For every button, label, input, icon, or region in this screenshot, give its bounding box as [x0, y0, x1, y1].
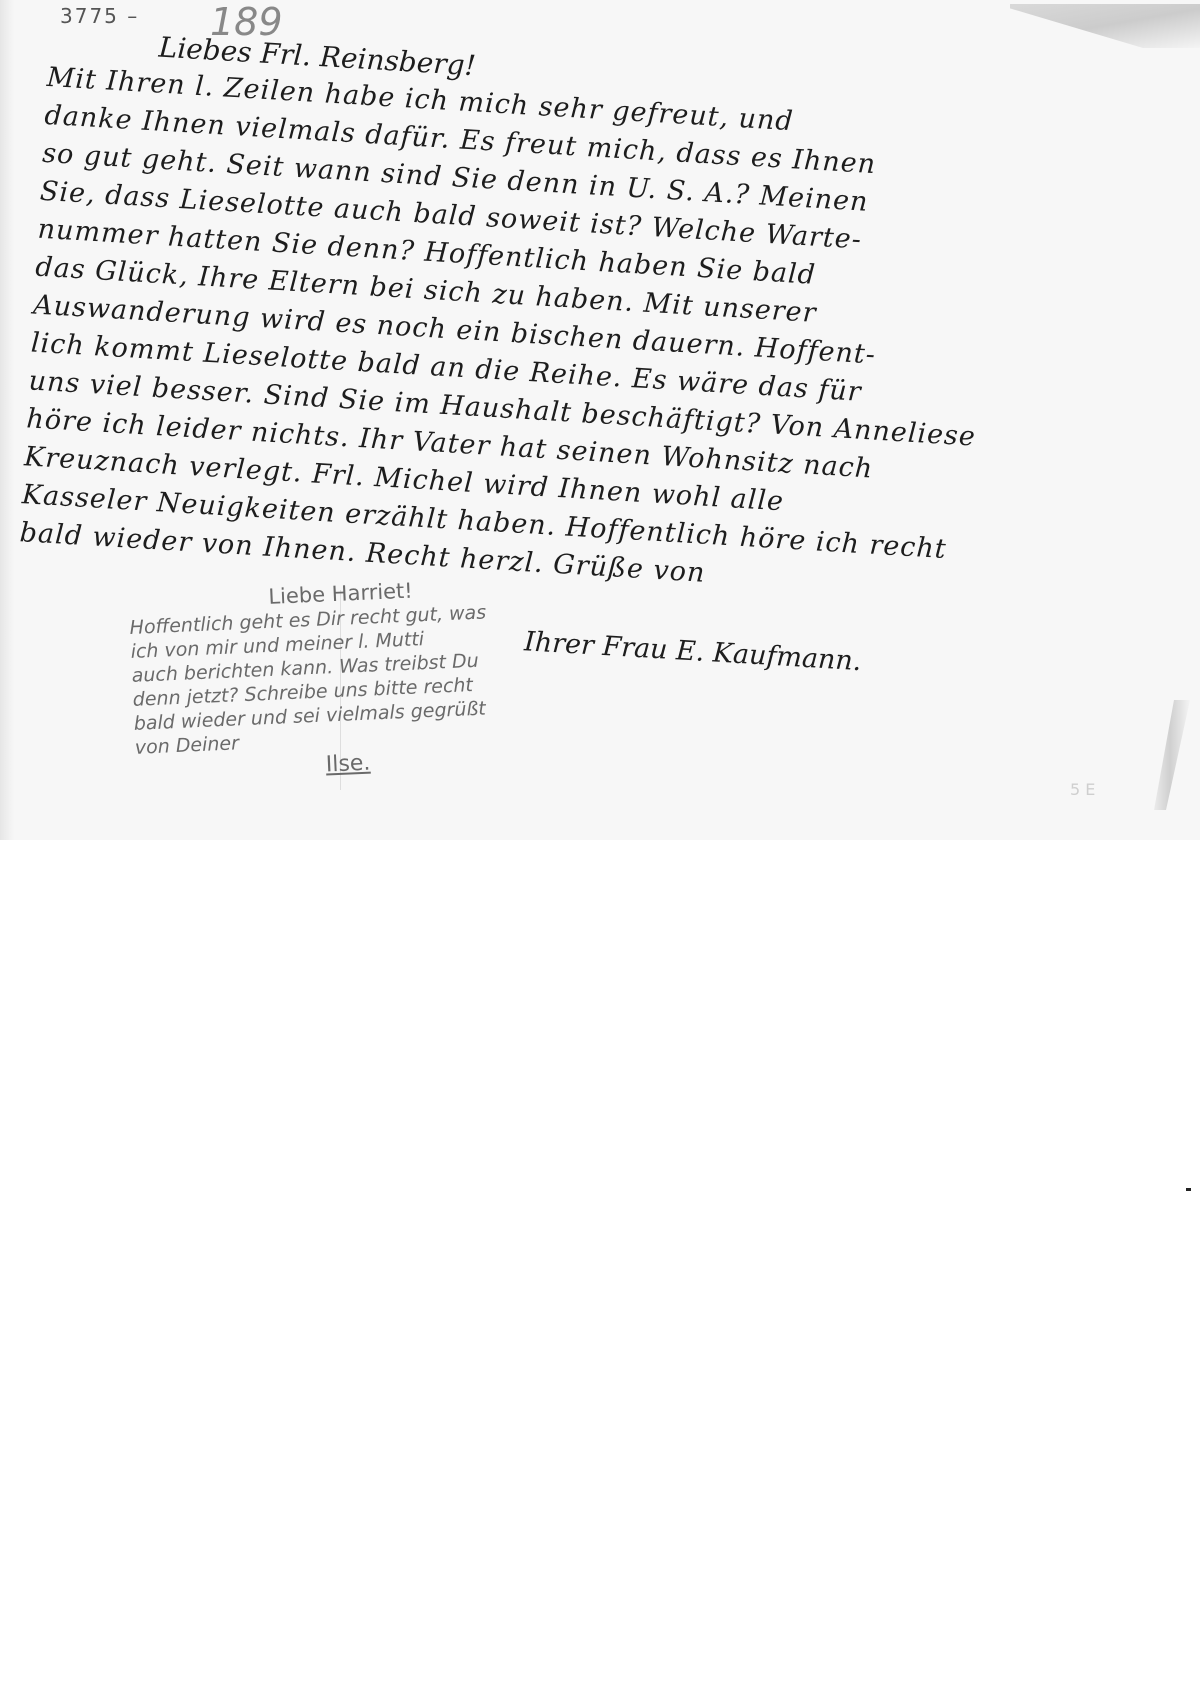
- margin-marks: 5 E: [1070, 780, 1095, 799]
- postscript-note: Liebe Harriet! Hoffentlich geht es Dir r…: [128, 566, 696, 788]
- postscript-lines: Hoffentlich geht es Dir recht gut, wasic…: [129, 592, 695, 760]
- paper-fold-top-right: [1010, 4, 1200, 48]
- scan-speck: [1186, 1188, 1191, 1191]
- paper-fold-bottom-right: [1150, 700, 1190, 810]
- scan-edge-shadow: [0, 0, 14, 840]
- letter-lines: Mit Ihren l. Zeilen habe ich mich sehr g…: [19, 59, 1166, 619]
- letter-sheet: 3775 – 189 Liebes Frl. Reinsberg! Mit Ih…: [0, 0, 1200, 840]
